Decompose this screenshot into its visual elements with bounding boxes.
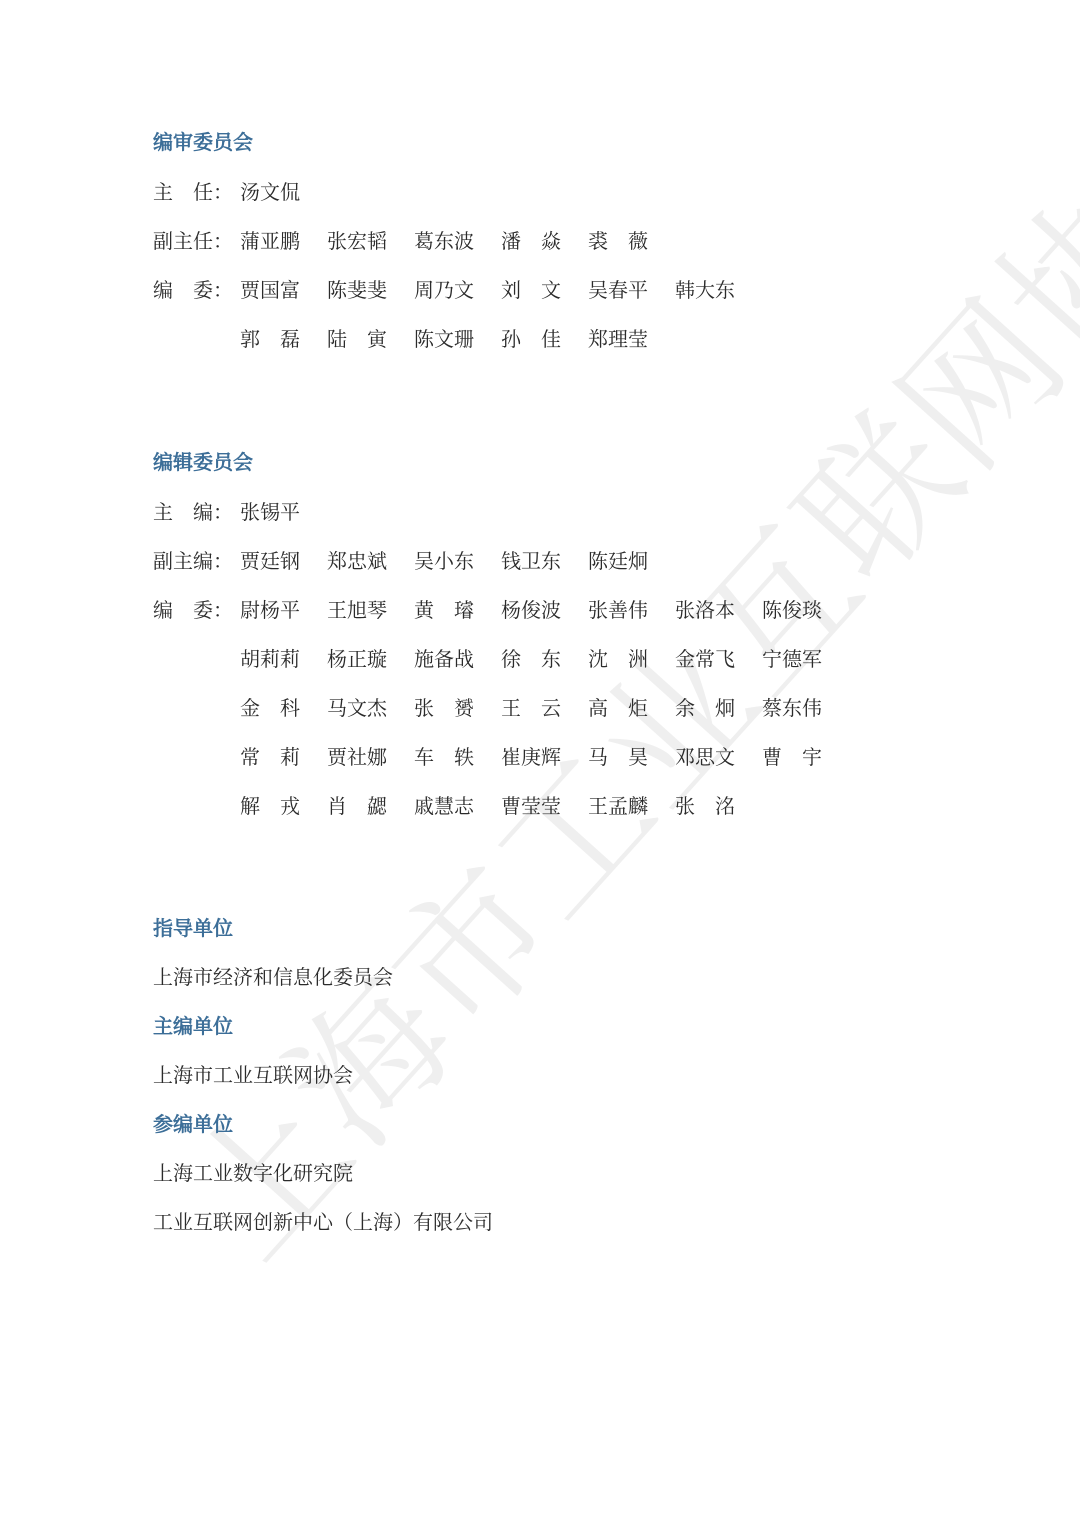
member-name: 孙 佳 — [501, 323, 561, 352]
member-name: 金常飞 — [675, 643, 735, 672]
member-name: 马文杰 — [327, 692, 387, 721]
member-name: 车 轶 — [414, 741, 474, 770]
member-name: 王 云 — [501, 692, 561, 721]
guiding-unit-title: 指导单位 — [153, 912, 233, 941]
member-name: 张洛本 — [675, 594, 735, 623]
deputy-name: 贾廷钢 — [240, 545, 300, 574]
deputy-name: 潘 焱 — [501, 225, 561, 254]
member-name: 周乃文 — [414, 274, 474, 303]
member-name: 王旭琴 — [327, 594, 387, 623]
deputy-name: 钱卫东 — [501, 545, 561, 574]
member-name: 金 科 — [240, 692, 300, 721]
member-name: 陈斐斐 — [327, 274, 387, 303]
member-name: 高 炬 — [588, 692, 648, 721]
member-name: 郭 磊 — [240, 323, 300, 352]
member-name: 韩大东 — [675, 274, 735, 303]
participating-unit-name: 上海工业数字化研究院 — [153, 1157, 353, 1186]
members-label: 编 委： — [153, 274, 233, 303]
member-name: 尉杨平 — [240, 594, 300, 623]
editorial-committee-title: 编辑委员会 — [153, 446, 253, 475]
participating-units-title: 参编单位 — [153, 1108, 233, 1137]
member-name: 徐 东 — [501, 643, 561, 672]
deputy-name: 张宏韬 — [327, 225, 387, 254]
lead-unit-name: 上海市工业互联网协会 — [153, 1059, 353, 1088]
member-name: 沈 洲 — [588, 643, 648, 672]
director-name: 汤文侃 — [240, 176, 300, 205]
member-name: 杨正璇 — [327, 643, 387, 672]
member-name: 贾社娜 — [327, 741, 387, 770]
guiding-unit-name: 上海市经济和信息化委员会 — [153, 961, 393, 990]
member-name: 戚慧志 — [414, 790, 474, 819]
member-name: 曹 宇 — [762, 741, 822, 770]
review-committee-title: 编审委员会 — [153, 126, 253, 155]
member-name: 崔庚辉 — [501, 741, 561, 770]
member-name: 张 洺 — [675, 790, 735, 819]
member-name: 施备战 — [414, 643, 474, 672]
participating-unit-name: 工业互联网创新中心（上海）有限公司 — [153, 1206, 493, 1235]
deputy-name: 裘 薇 — [588, 225, 648, 254]
member-name: 蔡东伟 — [762, 692, 822, 721]
member-name: 黄 璿 — [414, 594, 474, 623]
member-name: 王孟麟 — [588, 790, 648, 819]
member-name: 陆 寅 — [327, 323, 387, 352]
chief-name: 张锡平 — [240, 496, 300, 525]
deputy-label: 副主任： — [153, 225, 233, 254]
deputy-name: 郑忠斌 — [327, 545, 387, 574]
director-label: 主 任： — [153, 176, 233, 205]
member-name: 吴春平 — [588, 274, 648, 303]
member-name: 胡莉莉 — [240, 643, 300, 672]
member-name: 贾国富 — [240, 274, 300, 303]
lead-unit-title: 主编单位 — [153, 1010, 233, 1039]
member-name: 张善伟 — [588, 594, 648, 623]
member-name: 曹莹莹 — [501, 790, 561, 819]
member-name: 肖 勰 — [327, 790, 387, 819]
member-name: 张 赟 — [414, 692, 474, 721]
chief-label: 主 编： — [153, 496, 233, 525]
member-name: 宁德军 — [762, 643, 822, 672]
deputy-name: 吴小东 — [414, 545, 474, 574]
deputy-name: 陈廷炯 — [588, 545, 648, 574]
deputy-name: 蒲亚鹏 — [240, 225, 300, 254]
member-name: 郑理莹 — [588, 323, 648, 352]
member-name: 刘 文 — [501, 274, 561, 303]
deputy-label: 副主编： — [153, 545, 233, 574]
members-label: 编 委： — [153, 594, 233, 623]
member-name: 陈文珊 — [414, 323, 474, 352]
member-name: 陈俊琰 — [762, 594, 822, 623]
member-name: 余 炯 — [675, 692, 735, 721]
member-name: 马 昊 — [588, 741, 648, 770]
member-name: 邓思文 — [675, 741, 735, 770]
member-name: 杨俊波 — [501, 594, 561, 623]
member-name: 常 莉 — [240, 741, 300, 770]
member-name: 解 戎 — [240, 790, 300, 819]
deputy-name: 葛东波 — [414, 225, 474, 254]
